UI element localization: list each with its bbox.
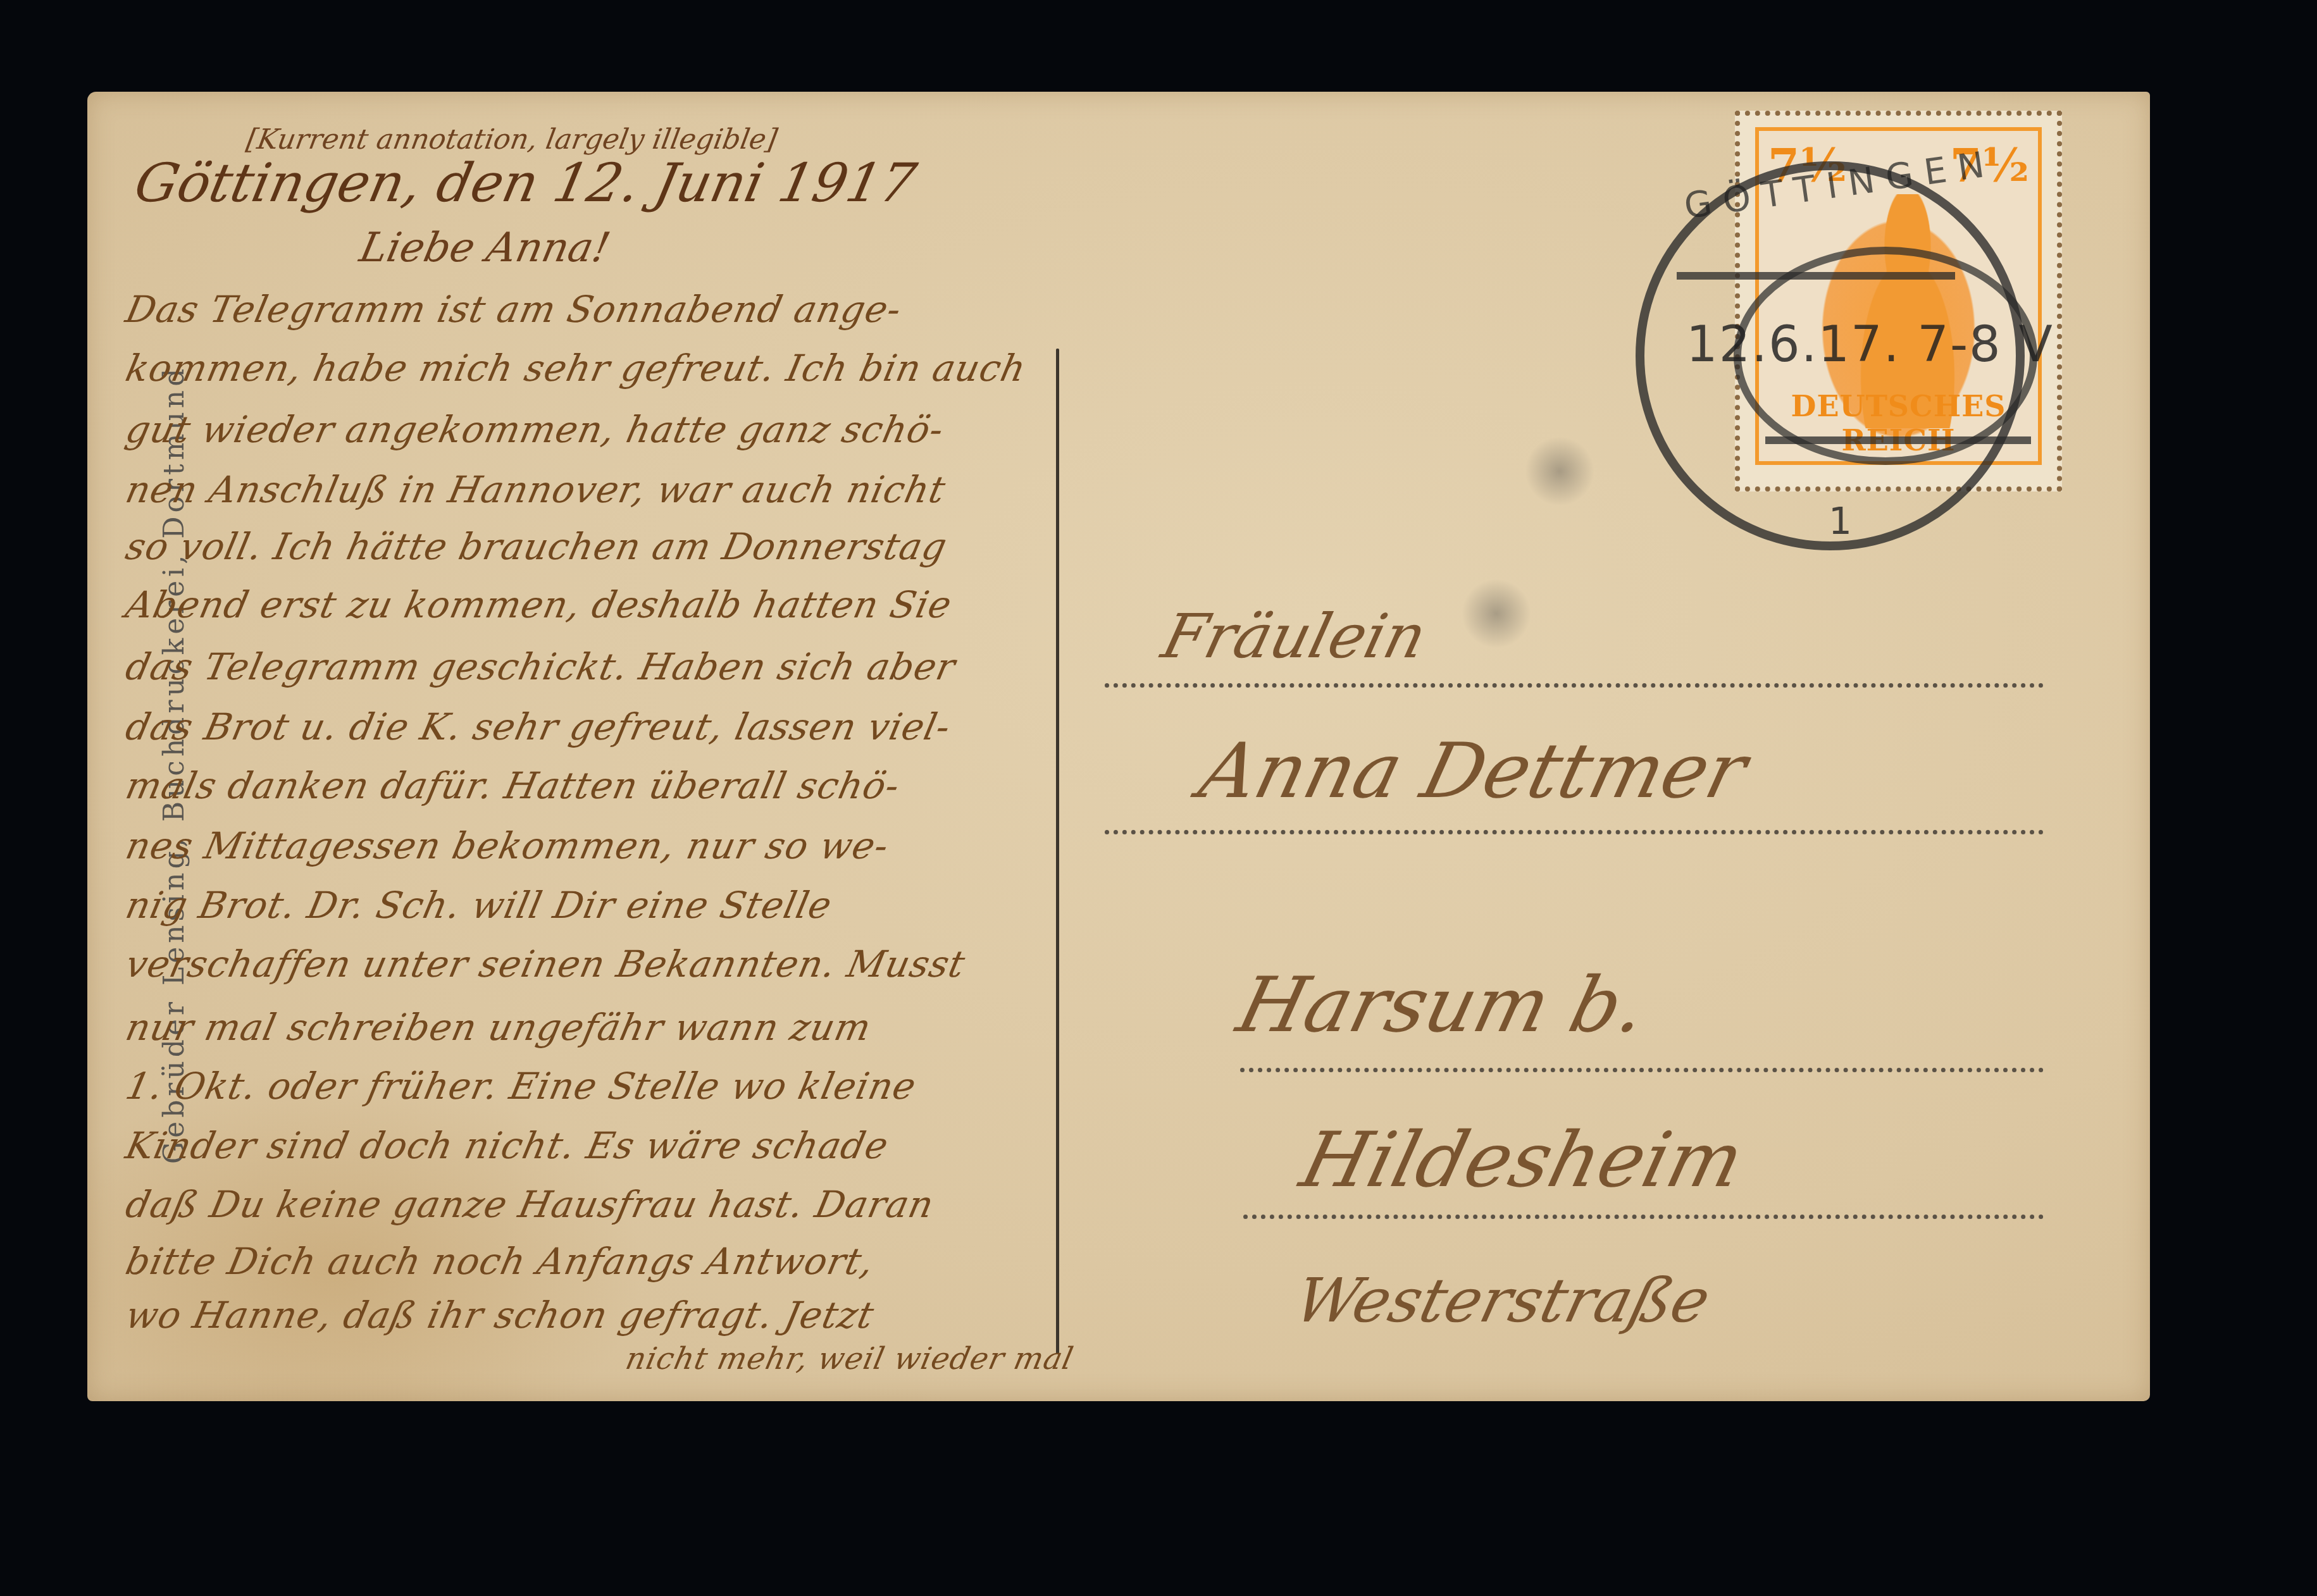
- address-town: Harsum b.: [1229, 962, 1656, 1049]
- message-line: mals danken dafür. Hatten überall schö-: [122, 764, 904, 807]
- postmark-bar-bottom: [1765, 436, 2031, 444]
- ink-smudge: [1525, 436, 1594, 506]
- address-line-1: [1105, 683, 2044, 688]
- message-line: nur mal schreiben ungefähr wann zum: [122, 1006, 875, 1049]
- message-line: 1. Okt. oder früher. Eine Stelle wo klei…: [122, 1065, 921, 1108]
- message-line: wo Hanne, daß ihr schon gefragt. Jetzt: [122, 1294, 878, 1337]
- message-line: Abend erst zu kommen, deshalb hatten Sie: [122, 583, 956, 626]
- message-address-divider: [1056, 349, 1059, 1354]
- message-line: nen Anschluß in Hannover, war auch nicht: [122, 468, 950, 511]
- message-line: kommen, habe mich sehr gefreut. Ich bin …: [122, 347, 1030, 390]
- postmark-date: 12.6.17. 7-8 V: [1686, 316, 2054, 373]
- header-annotation: [Kurrent annotation, largely illegible]: [244, 123, 780, 156]
- address-city: Hildesheim: [1293, 1117, 1752, 1204]
- message-line: das Telegramm geschickt. Haben sich aber: [122, 645, 960, 688]
- message-line: gut wieder angekommen, hatte ganz schö-: [122, 408, 948, 451]
- address-line-4: [1243, 1215, 2044, 1219]
- address-salutation: Fräulein: [1155, 601, 1434, 672]
- message-line: bitte Dich auch noch Anfangs Antwort,: [122, 1240, 878, 1283]
- message-line: nes Mittagessen bekommen, nur so we-: [122, 824, 893, 867]
- message-line: nig Brot. Dr. Sch. will Dir eine Stelle: [122, 884, 836, 927]
- postmark-bar-top: [1677, 272, 1955, 280]
- message-line: verschaffen unter seinen Bekannten. Muss…: [122, 943, 969, 986]
- ink-smudge: [1462, 579, 1531, 648]
- message-line: so voll. Ich hätte brauchen am Donnersta…: [122, 525, 951, 568]
- address-street: Westerstraße: [1288, 1265, 1717, 1336]
- message-line: daß Du keine ganze Hausfrau hast. Daran: [122, 1183, 938, 1226]
- message-line: nicht mehr, weil wieder mal: [623, 1341, 1077, 1376]
- address-line-2: [1105, 830, 2044, 834]
- address-name: Anna Dettmer: [1191, 727, 1755, 815]
- greeting: Liebe Anna!: [356, 225, 614, 271]
- message-line: Kinder sind doch nicht. Es wäre schade: [122, 1124, 893, 1167]
- message-line: das Brot u. die K. sehr gefreut, lassen …: [122, 705, 955, 748]
- message-line: Das Telegramm ist am Sonnabend ange-: [122, 288, 905, 331]
- address-line-3: [1240, 1068, 2044, 1072]
- place-date: Göttingen, den 12. Juni 1917: [130, 152, 922, 214]
- postmark-office-number: 1: [1829, 500, 1852, 543]
